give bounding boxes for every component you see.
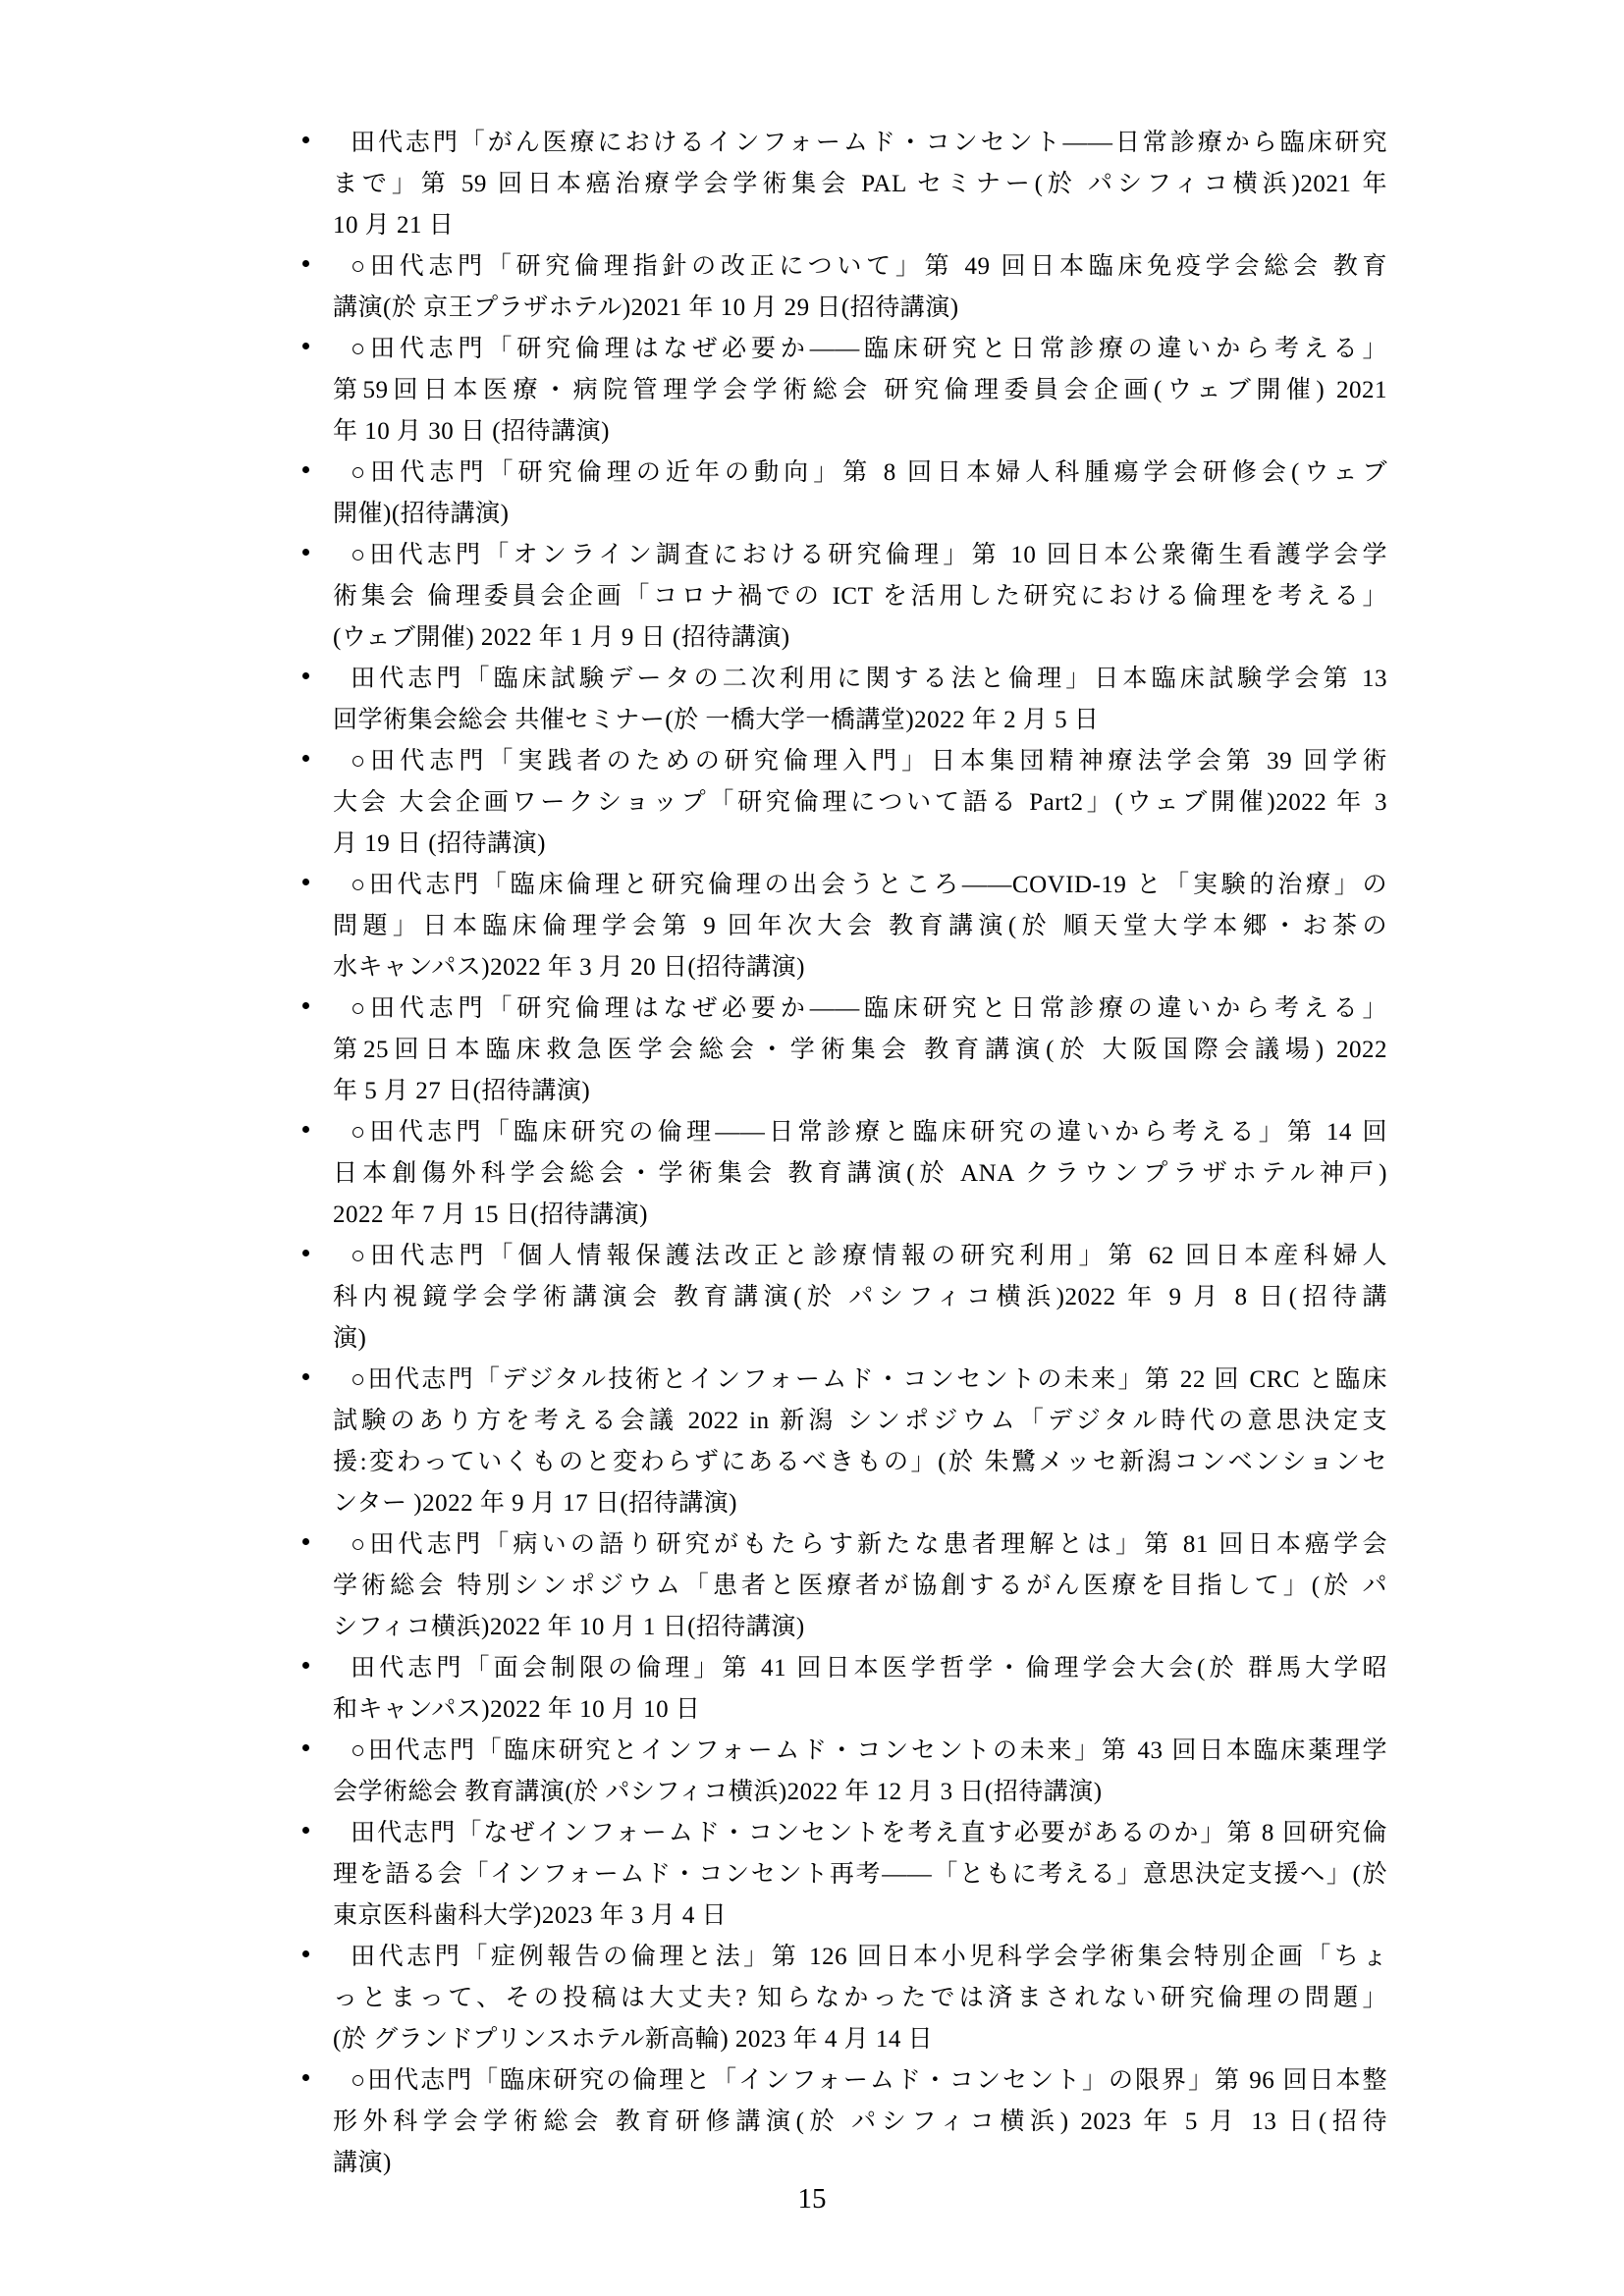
list-item-line: 回学術集会総会 共催セミナー(於 一橋大学一橋講堂)2022 年 2 月 5 日 bbox=[333, 700, 1387, 741]
bullet-icon bbox=[302, 1250, 309, 1256]
list-item: ○田代志門「臨床研究とインフォームド・コンセントの未来」第 43 回日本臨床薬理… bbox=[333, 1731, 1387, 1813]
list-item-line: ○田代志門「デジタル技術とインフォームド・コンセントの未来」第 22 回 CRC… bbox=[333, 1360, 1387, 1401]
list-item-line: 問題」日本臨床倫理学会第 9 回年次大会 教育講演(於 順天堂大学本郷・お茶の bbox=[333, 906, 1387, 947]
list-item-line: 演) bbox=[333, 1318, 1387, 1360]
list-item: 田代志門「症例報告の倫理と法」第 126 回日本小児科学会学術集会特別企画「ちょ… bbox=[333, 1937, 1387, 2060]
list-item: ○田代志門「病いの語り研究がもたらす新たな患者理解とは」第 81 回日本癌学会学… bbox=[333, 1524, 1387, 1648]
bullet-icon bbox=[302, 1950, 309, 1957]
bullet-icon bbox=[302, 1744, 309, 1751]
list-item-line: 和キャンパス)2022 年 10 月 10 日 bbox=[333, 1689, 1387, 1731]
list-item-line: 田代志門「臨床試験データの二次利用に関する法と倫理」日本臨床試験学会第 13 bbox=[333, 659, 1387, 700]
list-item: ○田代志門「実践者のための研究倫理入門」日本集団精神療法学会第 39 回学術大会… bbox=[333, 741, 1387, 865]
list-item-line: ○田代志門「実践者のための研究倫理入門」日本集団精神療法学会第 39 回学術 bbox=[333, 741, 1387, 782]
list-item: ○田代志門「デジタル技術とインフォームド・コンセントの未来」第 22 回 CRC… bbox=[333, 1360, 1387, 1524]
list-item: 田代志門「臨床試験データの二次利用に関する法と倫理」日本臨床試験学会第 13回学… bbox=[333, 659, 1387, 741]
list-item-line: (於 グランドプリンスホテル新高輪) 2023 年 4 月 14 日 bbox=[333, 2019, 1387, 2060]
list-item-line: シフィコ横浜)2022 年 10 月 1 日(招待講演) bbox=[333, 1607, 1387, 1648]
list-item-line: まで」第 59 回日本癌治療学会学術集会 PAL セミナー(於 パシフィコ横浜)… bbox=[333, 164, 1387, 205]
bullet-icon bbox=[302, 1126, 309, 1133]
list-item-line: ○田代志門「オンライン調査における研究倫理」第 10 回日本公衆衛生看護学会学 bbox=[333, 535, 1387, 576]
list-item-line: ○田代志門「研究倫理はなぜ必要か――臨床研究と日常診療の違いから考える」 bbox=[333, 988, 1387, 1030]
bullet-icon bbox=[302, 879, 309, 885]
list-item-line: ○田代志門「臨床倫理と研究倫理の出会うところ――COVID-19 と「実験的治療… bbox=[333, 865, 1387, 906]
list-item-line: ○田代志門「病いの語り研究がもたらす新たな患者理解とは」第 81 回日本癌学会 bbox=[333, 1524, 1387, 1566]
bullet-icon bbox=[302, 1662, 309, 1669]
page-number: 15 bbox=[0, 2181, 1624, 2216]
list-item: ○田代志門「臨床研究の倫理と「インフォームド・コンセント」の限界」第 96 回日… bbox=[333, 2060, 1387, 2184]
list-item-line: 10 月 21 日 bbox=[333, 205, 1387, 246]
list-item-line: ○田代志門「研究倫理はなぜ必要か――臨床研究と日常診療の違いから考える」 bbox=[333, 329, 1387, 370]
list-item-line: 試験のあり方を考える会議 2022 in 新潟 シンポジウム「デジタル時代の意思… bbox=[333, 1401, 1387, 1442]
list-item-line: 講演) bbox=[333, 2143, 1387, 2184]
list-item-line: 術集会 倫理委員会企画「コロナ禍での ICT を活用した研究における倫理を考える… bbox=[333, 576, 1387, 617]
list-item-line: 科内視鏡学会学術講演会 教育講演(於 パシフィコ横浜)2022 年 9 月 8 … bbox=[333, 1277, 1387, 1318]
bullet-icon bbox=[302, 343, 309, 349]
bullet-icon bbox=[302, 1373, 309, 1380]
list-item-line: 東京医科歯科大学)2023 年 3 月 4 日 bbox=[333, 1896, 1387, 1937]
list-item-line: 形外科学会学術総会 教育研修講演(於 パシフィコ横浜) 2023 年 5 月 1… bbox=[333, 2102, 1387, 2143]
bullet-icon bbox=[302, 136, 309, 143]
list-item-line: ンター )2022 年 9 月 17 日(招待講演) bbox=[333, 1483, 1387, 1524]
list-item-line: 会学術総会 教育講演(於 パシフィコ横浜)2022 年 12 月 3 日(招待講… bbox=[333, 1772, 1387, 1813]
list-item-line: 田代志門「症例報告の倫理と法」第 126 回日本小児科学会学術集会特別企画「ちょ bbox=[333, 1937, 1387, 1978]
list-item-line: ○田代志門「個人情報保護法改正と診療情報の研究利用」第 62 回日本産科婦人 bbox=[333, 1236, 1387, 1277]
bullet-icon bbox=[302, 1827, 309, 1834]
list-item-line: 学術総会 特別シンポジウム「患者と医療者が協創するがん医療を目指して」(於 パ bbox=[333, 1566, 1387, 1607]
list-item: ○田代志門「研究倫理の近年の動向」第 8 回日本婦人科腫瘍学会研修会(ウェブ開催… bbox=[333, 453, 1387, 535]
list-item-line: 講演(於 京王プラザホテル)2021 年 10 月 29 日(招待講演) bbox=[333, 288, 1387, 329]
list-item-line: っとまって、その投稿は大丈夫? 知らなかったでは済まされない研究倫理の問題」 bbox=[333, 1978, 1387, 2019]
list-item-line: ○田代志門「臨床研究の倫理と「インフォームド・コンセント」の限界」第 96 回日… bbox=[333, 2060, 1387, 2102]
list-item-line: 援:変わっていくものと変わらずにあるべきもの」(於 朱鷺メッセ新潟コンベンション… bbox=[333, 1442, 1387, 1483]
list-item: 田代志門「面会制限の倫理」第 41 回日本医学哲学・倫理学会大会(於 群馬大学昭… bbox=[333, 1648, 1387, 1731]
list-item-line: 田代志門「がん医療におけるインフォームド・コンセント――日常診療から臨床研究 bbox=[333, 123, 1387, 164]
list-item-line: 第25回日本臨床救急医学会総会・学術集会 教育講演(於 大阪国際会議場) 202… bbox=[333, 1030, 1387, 1071]
bullet-icon bbox=[302, 466, 309, 473]
list-item: ○田代志門「オンライン調査における研究倫理」第 10 回日本公衆衛生看護学会学術… bbox=[333, 535, 1387, 659]
list-item: ○田代志門「臨床倫理と研究倫理の出会うところ――COVID-19 と「実験的治療… bbox=[333, 865, 1387, 988]
list-item-line: 理を語る会「インフォームド・コンセント再考――「ともに考える」意思決定支援へ」(… bbox=[333, 1854, 1387, 1896]
list-item-line: 日本創傷外科学会総会・学術集会 教育講演(於 ANA クラウンプラザホテル神戸) bbox=[333, 1153, 1387, 1195]
list-item-line: 2022 年 7 月 15 日(招待講演) bbox=[333, 1195, 1387, 1236]
list-item-line: 月 19 日 (招待講演) bbox=[333, 824, 1387, 865]
bullet-icon bbox=[302, 2074, 309, 2081]
list-item: ○田代志門「個人情報保護法改正と診療情報の研究利用」第 62 回日本産科婦人科内… bbox=[333, 1236, 1387, 1360]
list-item: 田代志門「がん医療におけるインフォームド・コンセント――日常診療から臨床研究まで… bbox=[333, 123, 1387, 246]
lecture-list: 田代志門「がん医療におけるインフォームド・コンセント――日常診療から臨床研究まで… bbox=[333, 123, 1387, 2184]
bullet-icon bbox=[302, 1538, 309, 1545]
bullet-icon bbox=[302, 1002, 309, 1009]
list-item-line: ○田代志門「研究倫理の近年の動向」第 8 回日本婦人科腫瘍学会研修会(ウェブ bbox=[333, 453, 1387, 494]
list-item: 田代志門「なぜインフォームド・コンセントを考え直す必要があるのか」第 8 回研究… bbox=[333, 1813, 1387, 1937]
bullet-icon bbox=[302, 672, 309, 679]
list-item-line: 年 10 月 30 日 (招待講演) bbox=[333, 411, 1387, 453]
list-item-line: 田代志門「なぜインフォームド・コンセントを考え直す必要があるのか」第 8 回研究… bbox=[333, 1813, 1387, 1854]
list-item-line: (ウェブ開催) 2022 年 1 月 9 日 (招待講演) bbox=[333, 617, 1387, 659]
list-item-line: ○田代志門「臨床研究の倫理――日常診療と臨床研究の違いから考える」第 14 回 bbox=[333, 1112, 1387, 1153]
list-item: ○田代志門「研究倫理はなぜ必要か――臨床研究と日常診療の違いから考える」第25回… bbox=[333, 988, 1387, 1112]
list-item-line: 田代志門「面会制限の倫理」第 41 回日本医学哲学・倫理学会大会(於 群馬大学昭 bbox=[333, 1648, 1387, 1689]
bullet-icon bbox=[302, 549, 309, 556]
list-item: ○田代志門「研究倫理はなぜ必要か――臨床研究と日常診療の違いから考える」第59回… bbox=[333, 329, 1387, 453]
list-item-line: ○田代志門「研究倫理指針の改正について」第 49 回日本臨床免疫学会総会 教育 bbox=[333, 246, 1387, 288]
bullet-icon bbox=[302, 260, 309, 267]
list-item-line: 大会 大会企画ワークショップ「研究倫理について語る Part2」(ウェブ開催)2… bbox=[333, 782, 1387, 824]
list-item-line: 水キャンパス)2022 年 3 月 20 日(招待講演) bbox=[333, 947, 1387, 988]
document-page: 田代志門「がん医療におけるインフォームド・コンセント――日常診療から臨床研究まで… bbox=[0, 0, 1624, 2296]
list-item: ○田代志門「臨床研究の倫理――日常診療と臨床研究の違いから考える」第 14 回日… bbox=[333, 1112, 1387, 1236]
list-item-line: 開催)(招待講演) bbox=[333, 494, 1387, 535]
list-item-line: ○田代志門「臨床研究とインフォームド・コンセントの未来」第 43 回日本臨床薬理… bbox=[333, 1731, 1387, 1772]
list-item-line: 第59回日本医療・病院管理学会学術総会 研究倫理委員会企画(ウェブ開催) 202… bbox=[333, 370, 1387, 411]
list-item: ○田代志門「研究倫理指針の改正について」第 49 回日本臨床免疫学会総会 教育講… bbox=[333, 246, 1387, 329]
bullet-icon bbox=[302, 755, 309, 762]
list-item-line: 年 5 月 27 日(招待講演) bbox=[333, 1071, 1387, 1112]
